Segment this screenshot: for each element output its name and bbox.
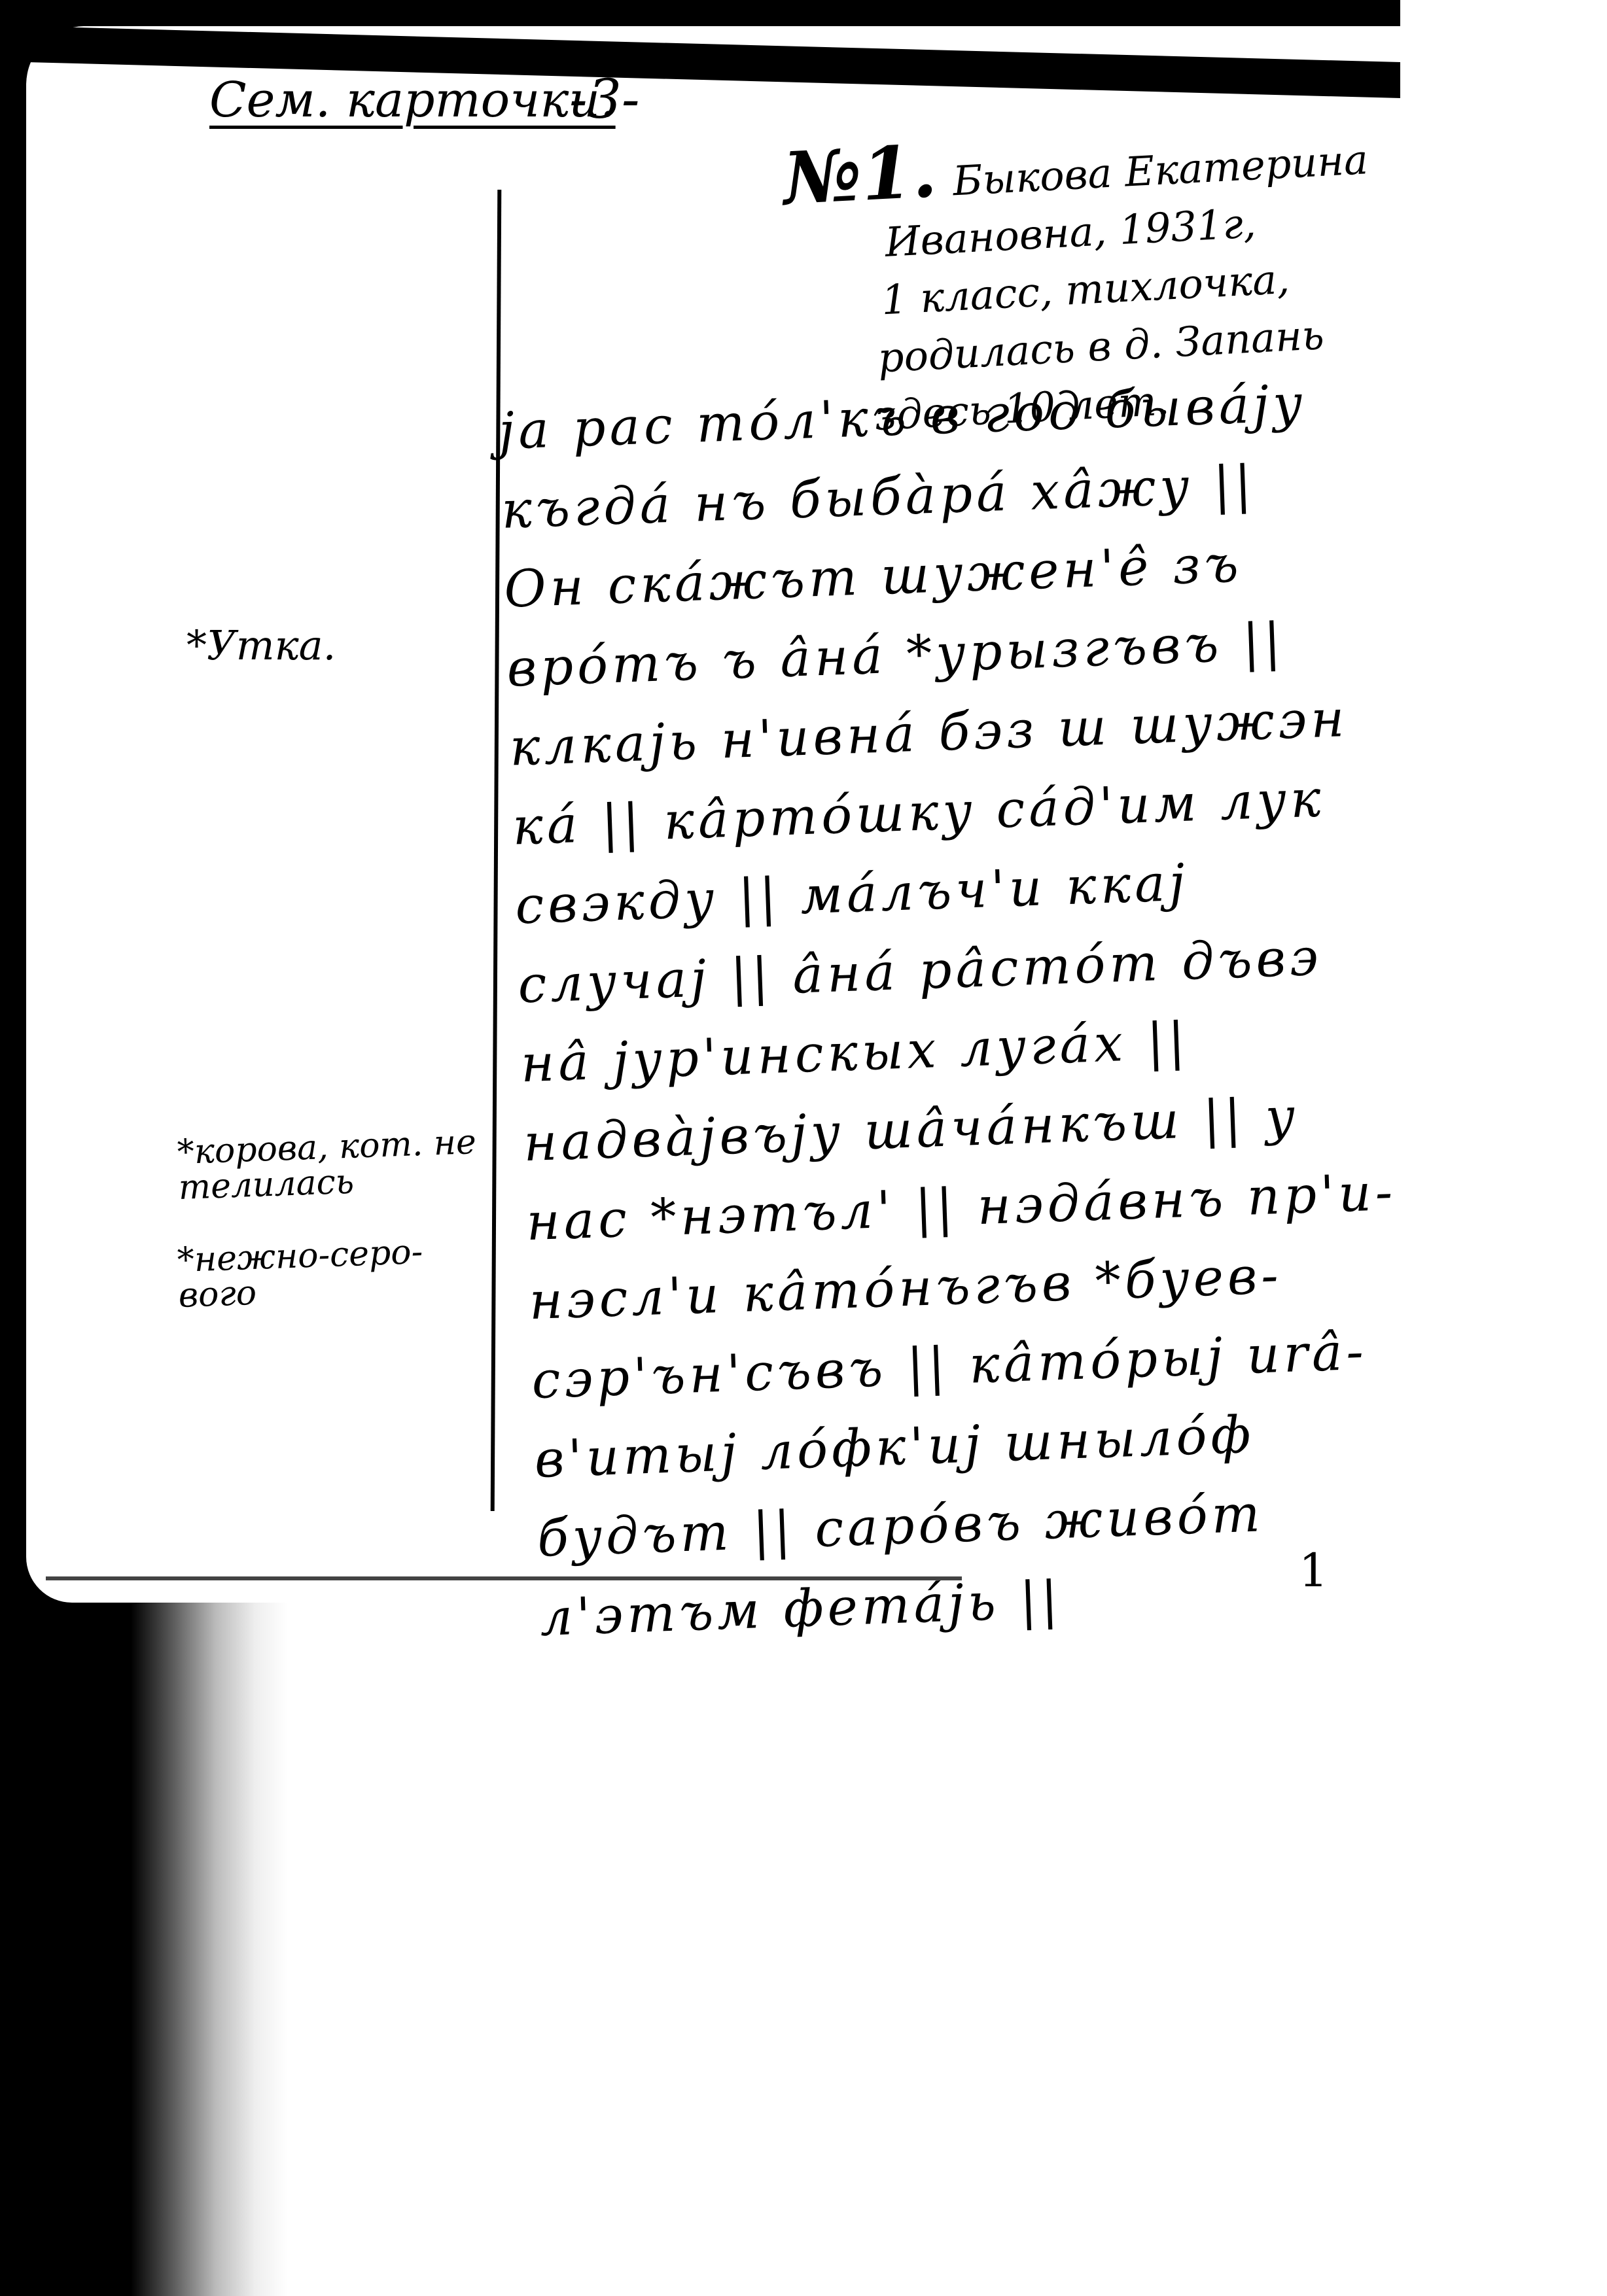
- asterisk-marker: *: [186, 621, 207, 669]
- margin-note-1: *Утка.: [186, 628, 336, 663]
- transcription-text: ja рас тóл'къ в год бывájу къгдá нъ быбà…: [497, 362, 1411, 1658]
- asterisk-marker: *: [177, 1240, 195, 1280]
- record-number: №1.: [781, 129, 939, 221]
- margin-note-3: *нежно-серо- вого: [177, 1232, 486, 1313]
- sheet-number: 1: [1299, 1544, 1328, 1597]
- page-marker: -3-: [569, 69, 640, 131]
- scanner-background-left-lower: [0, 1557, 288, 2296]
- scanner-background-top-right: [1400, 0, 1607, 59]
- card-title: Сем. карточки.: [209, 72, 616, 128]
- card-title-text: Сем. карточки.: [209, 72, 616, 128]
- asterisk-marker: *: [177, 1132, 195, 1172]
- margin-note-2: *корова, кот. не телилась: [177, 1124, 486, 1206]
